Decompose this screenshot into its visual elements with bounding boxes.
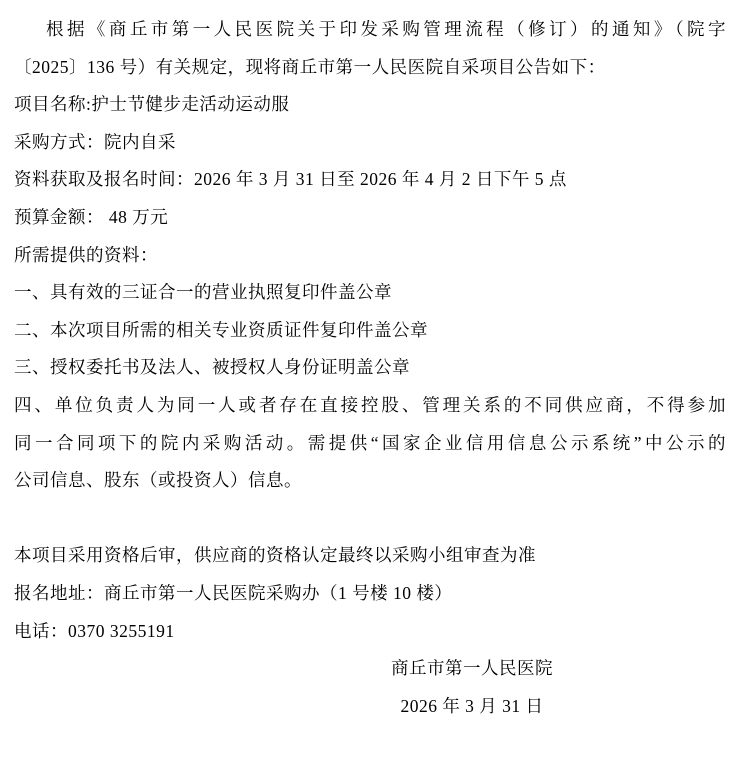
document-line: 报名地址：商丘市第一人民医院采购办（1 号楼 10 楼） — [14, 575, 726, 613]
document-line: 公司信息、股东（或投资人）信息。 — [14, 462, 726, 500]
document-line: 资料获取及报名时间：2026 年 3 月 31 日至 2026 年 4 月 2 … — [14, 161, 726, 199]
document-line: 同一合同项下的院内采购活动。需提供“国家企业信用信息公示系统”中公示的 — [14, 425, 726, 463]
document-line: 所需提供的资料： — [14, 237, 726, 275]
document-line: 本项目采用资格后审，供应商的资格认定最终以采购小组审查为准 — [14, 537, 726, 575]
document-line — [14, 500, 726, 538]
signature-line: 商丘市第一人民医院 — [206, 650, 738, 688]
document-line: 采购方式：院内自采 — [14, 124, 726, 162]
document-lines: 根据《商丘市第一人民医院关于印发采购管理流程（修订）的通知》（院字〔2025〕1… — [14, 11, 726, 725]
document-line: 四、单位负责人为同一人或者存在直接控股、管理关系的不同供应商，不得参加 — [14, 387, 726, 425]
document-line: 项目名称:护士节健步走活动运动服 — [14, 86, 726, 124]
document-line: 三、授权委托书及法人、被授权人身份证明盖公章 — [14, 349, 726, 387]
document-line: 一、具有效的三证合一的营业执照复印件盖公章 — [14, 274, 726, 312]
document-line: 〔2025〕136 号）有关规定，现将商丘市第一人民医院自采项目公告如下： — [14, 49, 726, 87]
document-line: 二、本次项目所需的相关专业资质证件复印件盖公章 — [14, 312, 726, 350]
document-line: 根据《商丘市第一人民医院关于印发采购管理流程（修订）的通知》（院字 — [14, 11, 726, 49]
document-line: 预算金额： 48 万元 — [14, 199, 726, 237]
document-line: 电话：0370 3255191 — [14, 613, 726, 651]
signature-line: 2026 年 3 月 31 日 — [206, 688, 738, 726]
announcement-document: 根据《商丘市第一人民医院关于印发采购管理流程（修订）的通知》（院字〔2025〕1… — [0, 0, 740, 725]
